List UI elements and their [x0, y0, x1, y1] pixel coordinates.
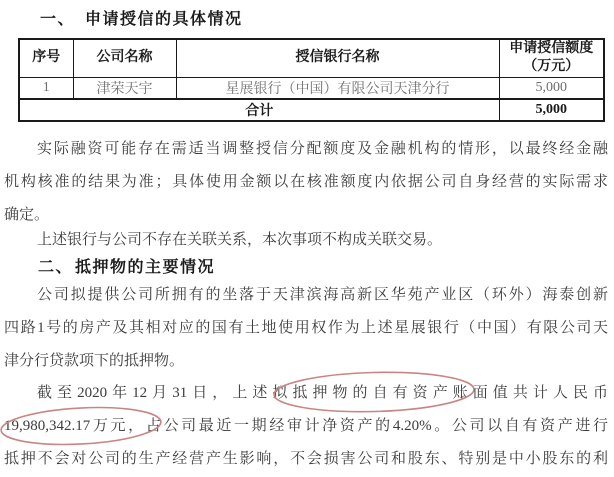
- document-page: { "colors": { "heading_text": "#1a1a1a",…: [0, 0, 614, 477]
- header-cell-bank: 授信银行名称: [176, 39, 499, 77]
- paragraph-line: 实际融资可能存在需适当调整授信分配额度及金融机构的情形，以最终经金融: [4, 133, 608, 166]
- section2-paragraph1: 公司拟提供公司所拥有的坐落于天津滨海高新区华苑产业区（环外）海泰创新 四路1号的…: [4, 279, 608, 378]
- section1-paragraph1: 实际融资可能存在需适当调整授信分配额度及金融机构的情形，以最终经金融 机构核准的…: [4, 133, 608, 232]
- table-header-row: 序号 公司名称 授信银行名称 申请授信额度 （万元）: [19, 39, 604, 77]
- header-cell-amount: 申请授信额度 （万元）: [499, 39, 604, 77]
- header-cell-company: 公司名称: [73, 39, 176, 77]
- cell-company: 津荣天宇: [73, 77, 176, 99]
- section2-heading-number: 二、: [38, 259, 73, 276]
- table-total-row: 合计 5,000: [19, 99, 604, 121]
- header-cell-no: 序号: [19, 39, 73, 77]
- section2-paragraph2: 截至2020年12月31日，上述拟抵押物的自有资产账面值共计人民币 19,980…: [4, 377, 608, 476]
- paragraph-line: 津分行贷款项下的抵押物。: [4, 345, 608, 378]
- cell-amount: 5,000: [499, 77, 604, 99]
- paragraph-line: 机构核准的结果为准；具体使用金额以在核准额度内依据公司自身经营的实际需求: [4, 166, 608, 199]
- table-row: 1 津荣天宇 星展银行（中国）有限公司天津分行 5,000: [19, 77, 604, 99]
- credit-application-table: 序号 公司名称 授信银行名称 申请授信额度 （万元） 1 津荣天宇 星展银行（中…: [18, 38, 605, 122]
- cell-bank: 星展银行（中国）有限公司天津分行: [176, 77, 499, 99]
- section2-heading: 二、抵押物的主要情况: [38, 258, 215, 278]
- section1-heading-number: 一、: [40, 11, 75, 28]
- header-amount-line1: 申请授信额度: [500, 40, 604, 58]
- section1-heading-text: 申请授信的具体情况: [85, 11, 243, 28]
- paragraph-line: 上述银行与公司不存在关联关系，本次事项不构成关联交易。: [4, 224, 608, 257]
- section1-paragraph2: 上述银行与公司不存在关联关系，本次事项不构成关联交易。: [4, 224, 608, 257]
- paragraph-line: 公司拟提供公司所拥有的坐落于天津滨海高新区华苑产业区（环外）海泰创新: [4, 279, 608, 312]
- total-label-cell: 合计: [19, 99, 499, 121]
- paragraph-line: 四路1号的房产及其相对应的国有土地使用权作为上述星展银行（中国）有限公司天: [4, 312, 608, 345]
- paragraph-line: 19,980,342.17万元，占公司最近一期经审计净资产的4.20%。公司以自…: [4, 410, 608, 443]
- paragraph-line: 抵押不会对公司的生产经营产生影响，不会损害公司和股东、特别是中小股东的利: [4, 443, 608, 476]
- header-amount-line2: （万元）: [500, 58, 604, 76]
- section1-heading: 一、申请授信的具体情况: [40, 10, 243, 30]
- section2-heading-text: 抵押物的主要情况: [75, 259, 215, 276]
- paragraph-line: 截至2020年12月31日，上述拟抵押物的自有资产账面值共计人民币: [4, 377, 608, 410]
- total-amount-cell: 5,000: [499, 99, 604, 121]
- cell-no: 1: [19, 77, 73, 99]
